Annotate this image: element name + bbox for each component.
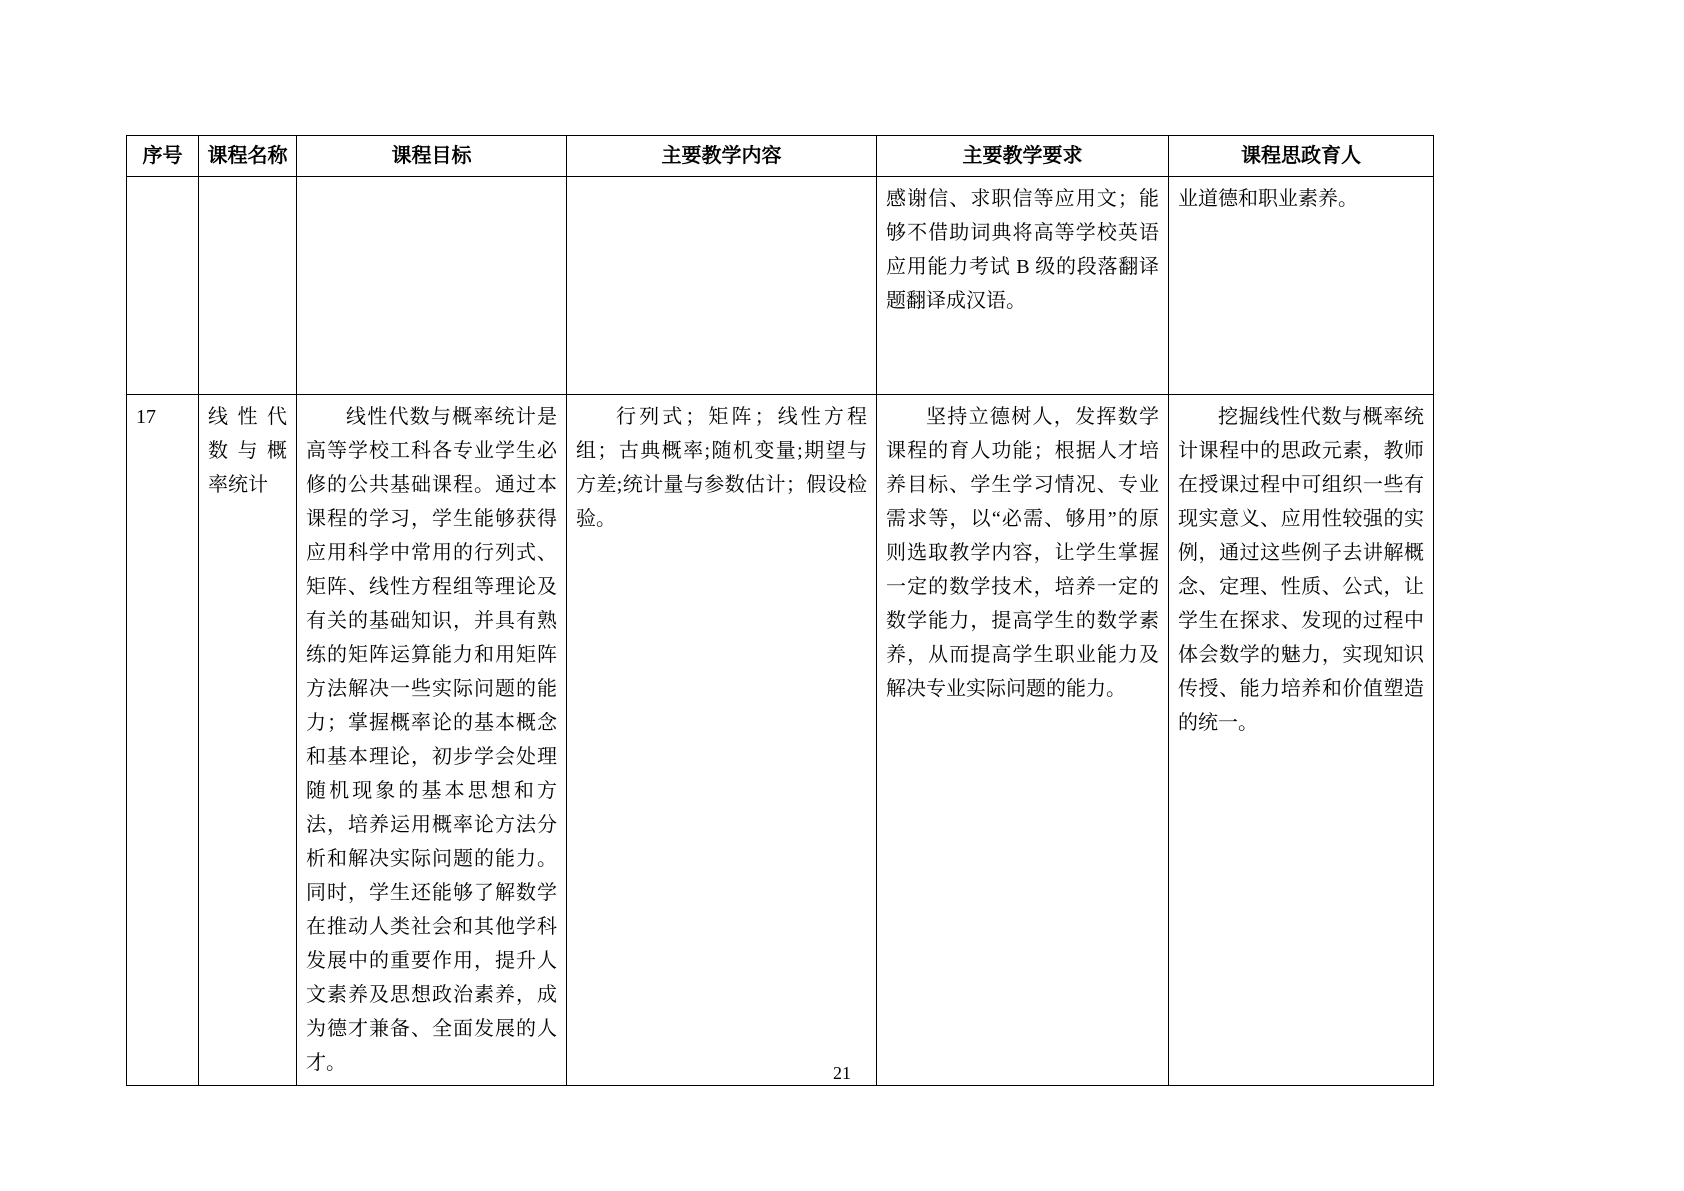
header-course-name: 课程名称 <box>199 136 297 177</box>
header-ideology: 课程思政育人 <box>1169 136 1434 177</box>
cell-objectives <box>297 177 567 395</box>
cell-seq: 17 <box>127 395 199 1086</box>
page-number: 21 <box>0 1062 1684 1084</box>
table-row-continuation: 感谢信、求职信等应用文；能够不借助词典将高等学校英语应用能力考试 B 级的段落翻… <box>127 177 1434 395</box>
cell-course-name: 线性代数与概率统计 <box>199 395 297 1086</box>
header-seq: 序号 <box>127 136 199 177</box>
cell-requirements: 坚持立德树人，发挥数学课程的育人功能；根据人才培养目标、学生学习情况、专业需求等… <box>877 395 1169 1086</box>
document-page: 序号 课程名称 课程目标 主要教学内容 主要教学要求 课程思政育人 感谢信、求职… <box>0 0 1684 1191</box>
cell-content <box>567 177 877 395</box>
cell-ideology: 挖掘线性代数与概率统计课程中的思政元素，教师在授课过程中可组织一些有现实意义、应… <box>1169 395 1434 1086</box>
cell-objectives: 线性代数与概率统计是高等学校工科各专业学生必修的公共基础课程。通过本课程的学习，… <box>297 395 567 1086</box>
table-row-17: 17 线性代数与概率统计 线性代数与概率统计是高等学校工科各专业学生必修的公共基… <box>127 395 1434 1086</box>
header-content: 主要教学内容 <box>567 136 877 177</box>
header-objectives: 课程目标 <box>297 136 567 177</box>
course-table: 序号 课程名称 课程目标 主要教学内容 主要教学要求 课程思政育人 感谢信、求职… <box>126 135 1434 1086</box>
cell-requirements: 感谢信、求职信等应用文；能够不借助词典将高等学校英语应用能力考试 B 级的段落翻… <box>877 177 1169 395</box>
cell-content: 行列式；矩阵；线性方程组；古典概率;随机变量;期望与方差;统计量与参数估计；假设… <box>567 395 877 1086</box>
cell-seq <box>127 177 199 395</box>
cell-ideology: 业道德和职业素养。 <box>1169 177 1434 395</box>
header-requirements: 主要教学要求 <box>877 136 1169 177</box>
cell-course-name <box>199 177 297 395</box>
table-header-row: 序号 课程名称 课程目标 主要教学内容 主要教学要求 课程思政育人 <box>127 136 1434 177</box>
